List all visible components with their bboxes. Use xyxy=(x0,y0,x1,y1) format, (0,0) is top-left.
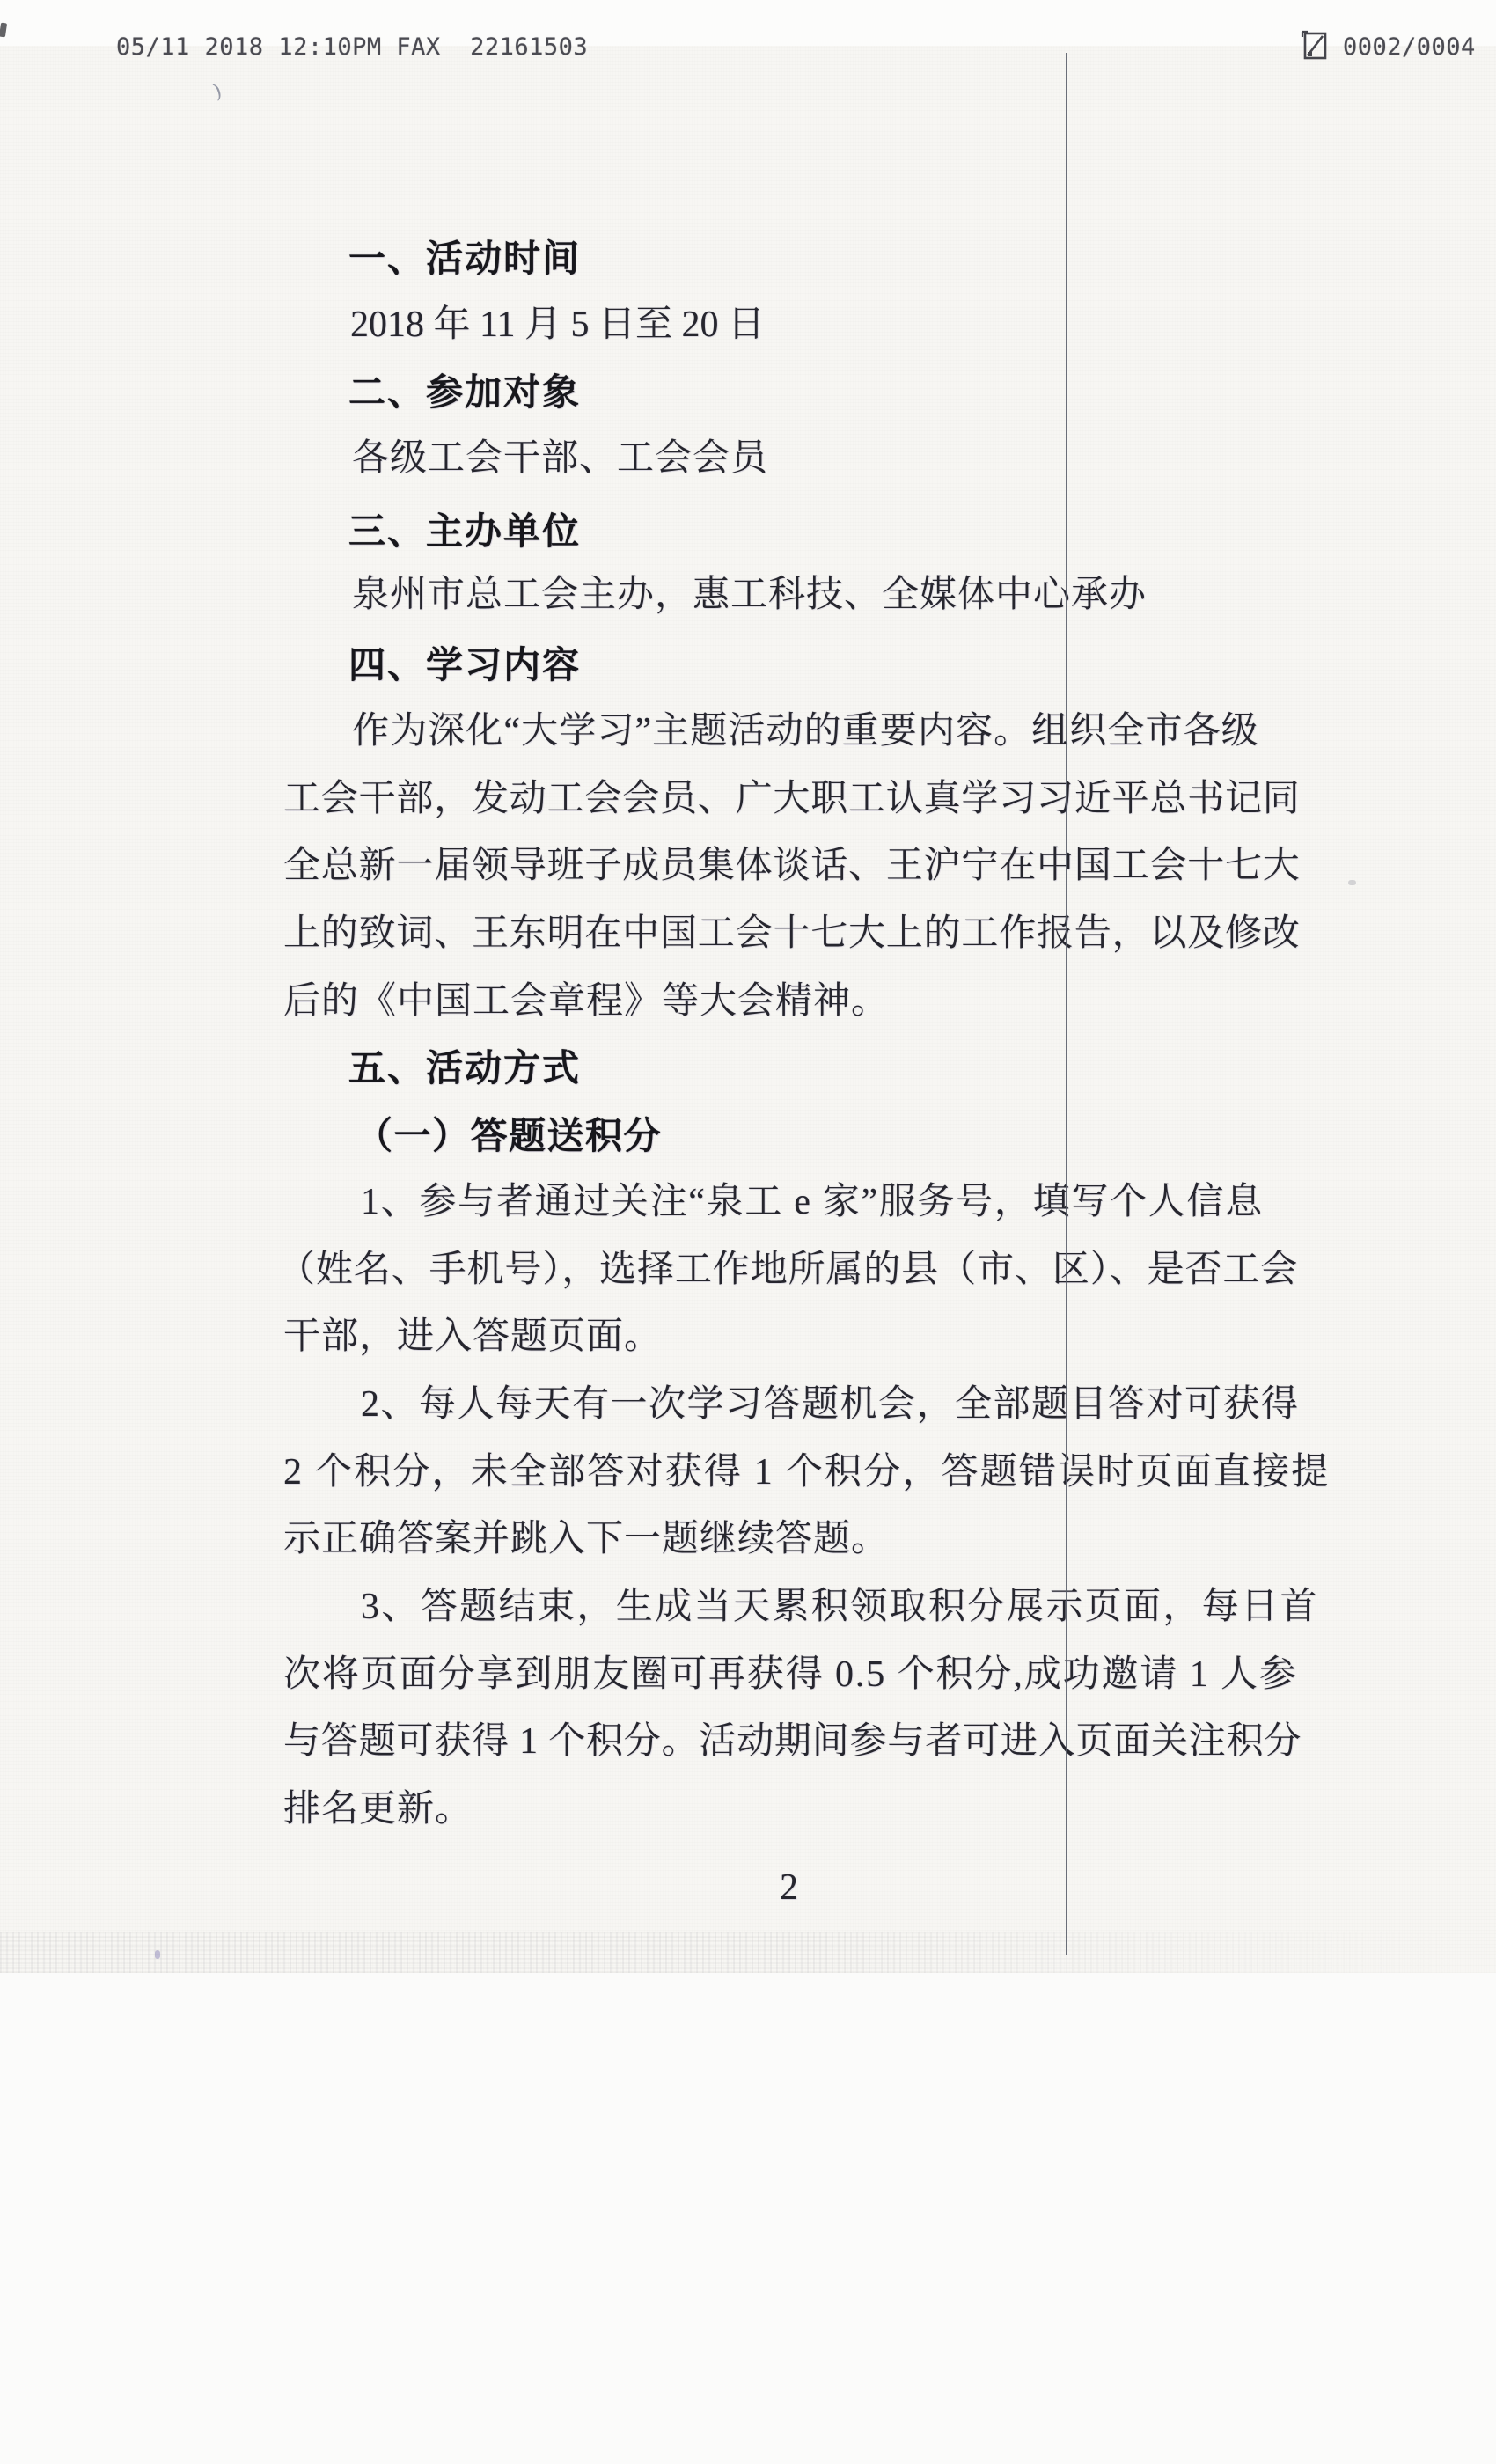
text-line: 2 个积分，未全部答对获得 1 个积分，答题错误时页面直接提 xyxy=(283,1454,1331,1491)
text-line: 2、每人每天有一次学习答题机会，全部题目答对可获得 xyxy=(361,1386,1300,1423)
fax-page-icon xyxy=(1300,30,1330,62)
fax-page-counter: 0002/0004 xyxy=(1343,35,1476,59)
text-line: 作为深化“大学习”主题活动的重要内容。组织全市各级 xyxy=(352,713,1259,750)
text-line: 全总新一届领导班子成员集体谈话、王沪宁在中国工会十七大 xyxy=(283,847,1301,884)
text-line: 各级工会干部、工会会员 xyxy=(352,440,768,477)
text-line: （姓名、手机号），选择工作地所属的县（市、区）、是否工会 xyxy=(278,1251,1298,1288)
section-heading-3: 三、主办单位 xyxy=(348,513,581,550)
page-number: 2 xyxy=(780,1869,798,1906)
text-line: 上的致词、王东明在中国工会十七大上的工作报告，以及修改 xyxy=(283,915,1301,952)
text-line: 2018 年 11 月 5 日至 20 日 xyxy=(350,306,765,343)
section-heading-5: 五、活动方式 xyxy=(348,1050,581,1087)
scan-noise-band xyxy=(0,1932,1496,1973)
scan-artifact-speck xyxy=(155,1950,160,1959)
sub-heading-1: （一）答题送积分 xyxy=(356,1118,662,1155)
text-line: 次将页面分享到朋友圈可再获得 0.5 个积分,成功邀请 1 人参 xyxy=(283,1656,1298,1693)
text-line: 示正确答案并跳入下一题继续答题。 xyxy=(283,1521,889,1558)
fax-document-page: { "fax_header": { "timestamp_line": "05/… xyxy=(0,0,1496,2464)
text-line: 后的《中国工会章程》等大会精神。 xyxy=(283,983,889,1020)
text-line: 3、答题结束，生成当天累积领取积分展示页面，每日首 xyxy=(361,1588,1319,1625)
text-line: 干部，进入答题页面。 xyxy=(283,1318,662,1355)
section-heading-1: 一、活动时间 xyxy=(348,240,581,277)
text-line: 排名更新。 xyxy=(283,1791,473,1828)
section-heading-2: 二、参加对象 xyxy=(348,374,581,411)
scan-artifact-speck xyxy=(1348,880,1356,885)
fax-timestamp-header: 05/11 2018 12:10PM FAX 22161503 xyxy=(116,35,588,59)
text-line: 工会干部，发动工会会员、广大职工认真学习习近平总书记同 xyxy=(283,781,1301,818)
paper-bottom-band xyxy=(0,1973,1496,2464)
text-line: 与答题可获得 1 个积分。活动期间参与者可进入页面关注积分 xyxy=(283,1723,1302,1760)
section-heading-4: 四、学习内容 xyxy=(348,647,581,684)
fax-scan-line xyxy=(1066,53,1067,1955)
text-line: 泉州市总工会主办，惠工科技、全媒体中心承办 xyxy=(352,576,1147,613)
text-line: 1、参与者通过关注“泉工 e 家”服务号，填写个人信息 xyxy=(361,1184,1264,1221)
